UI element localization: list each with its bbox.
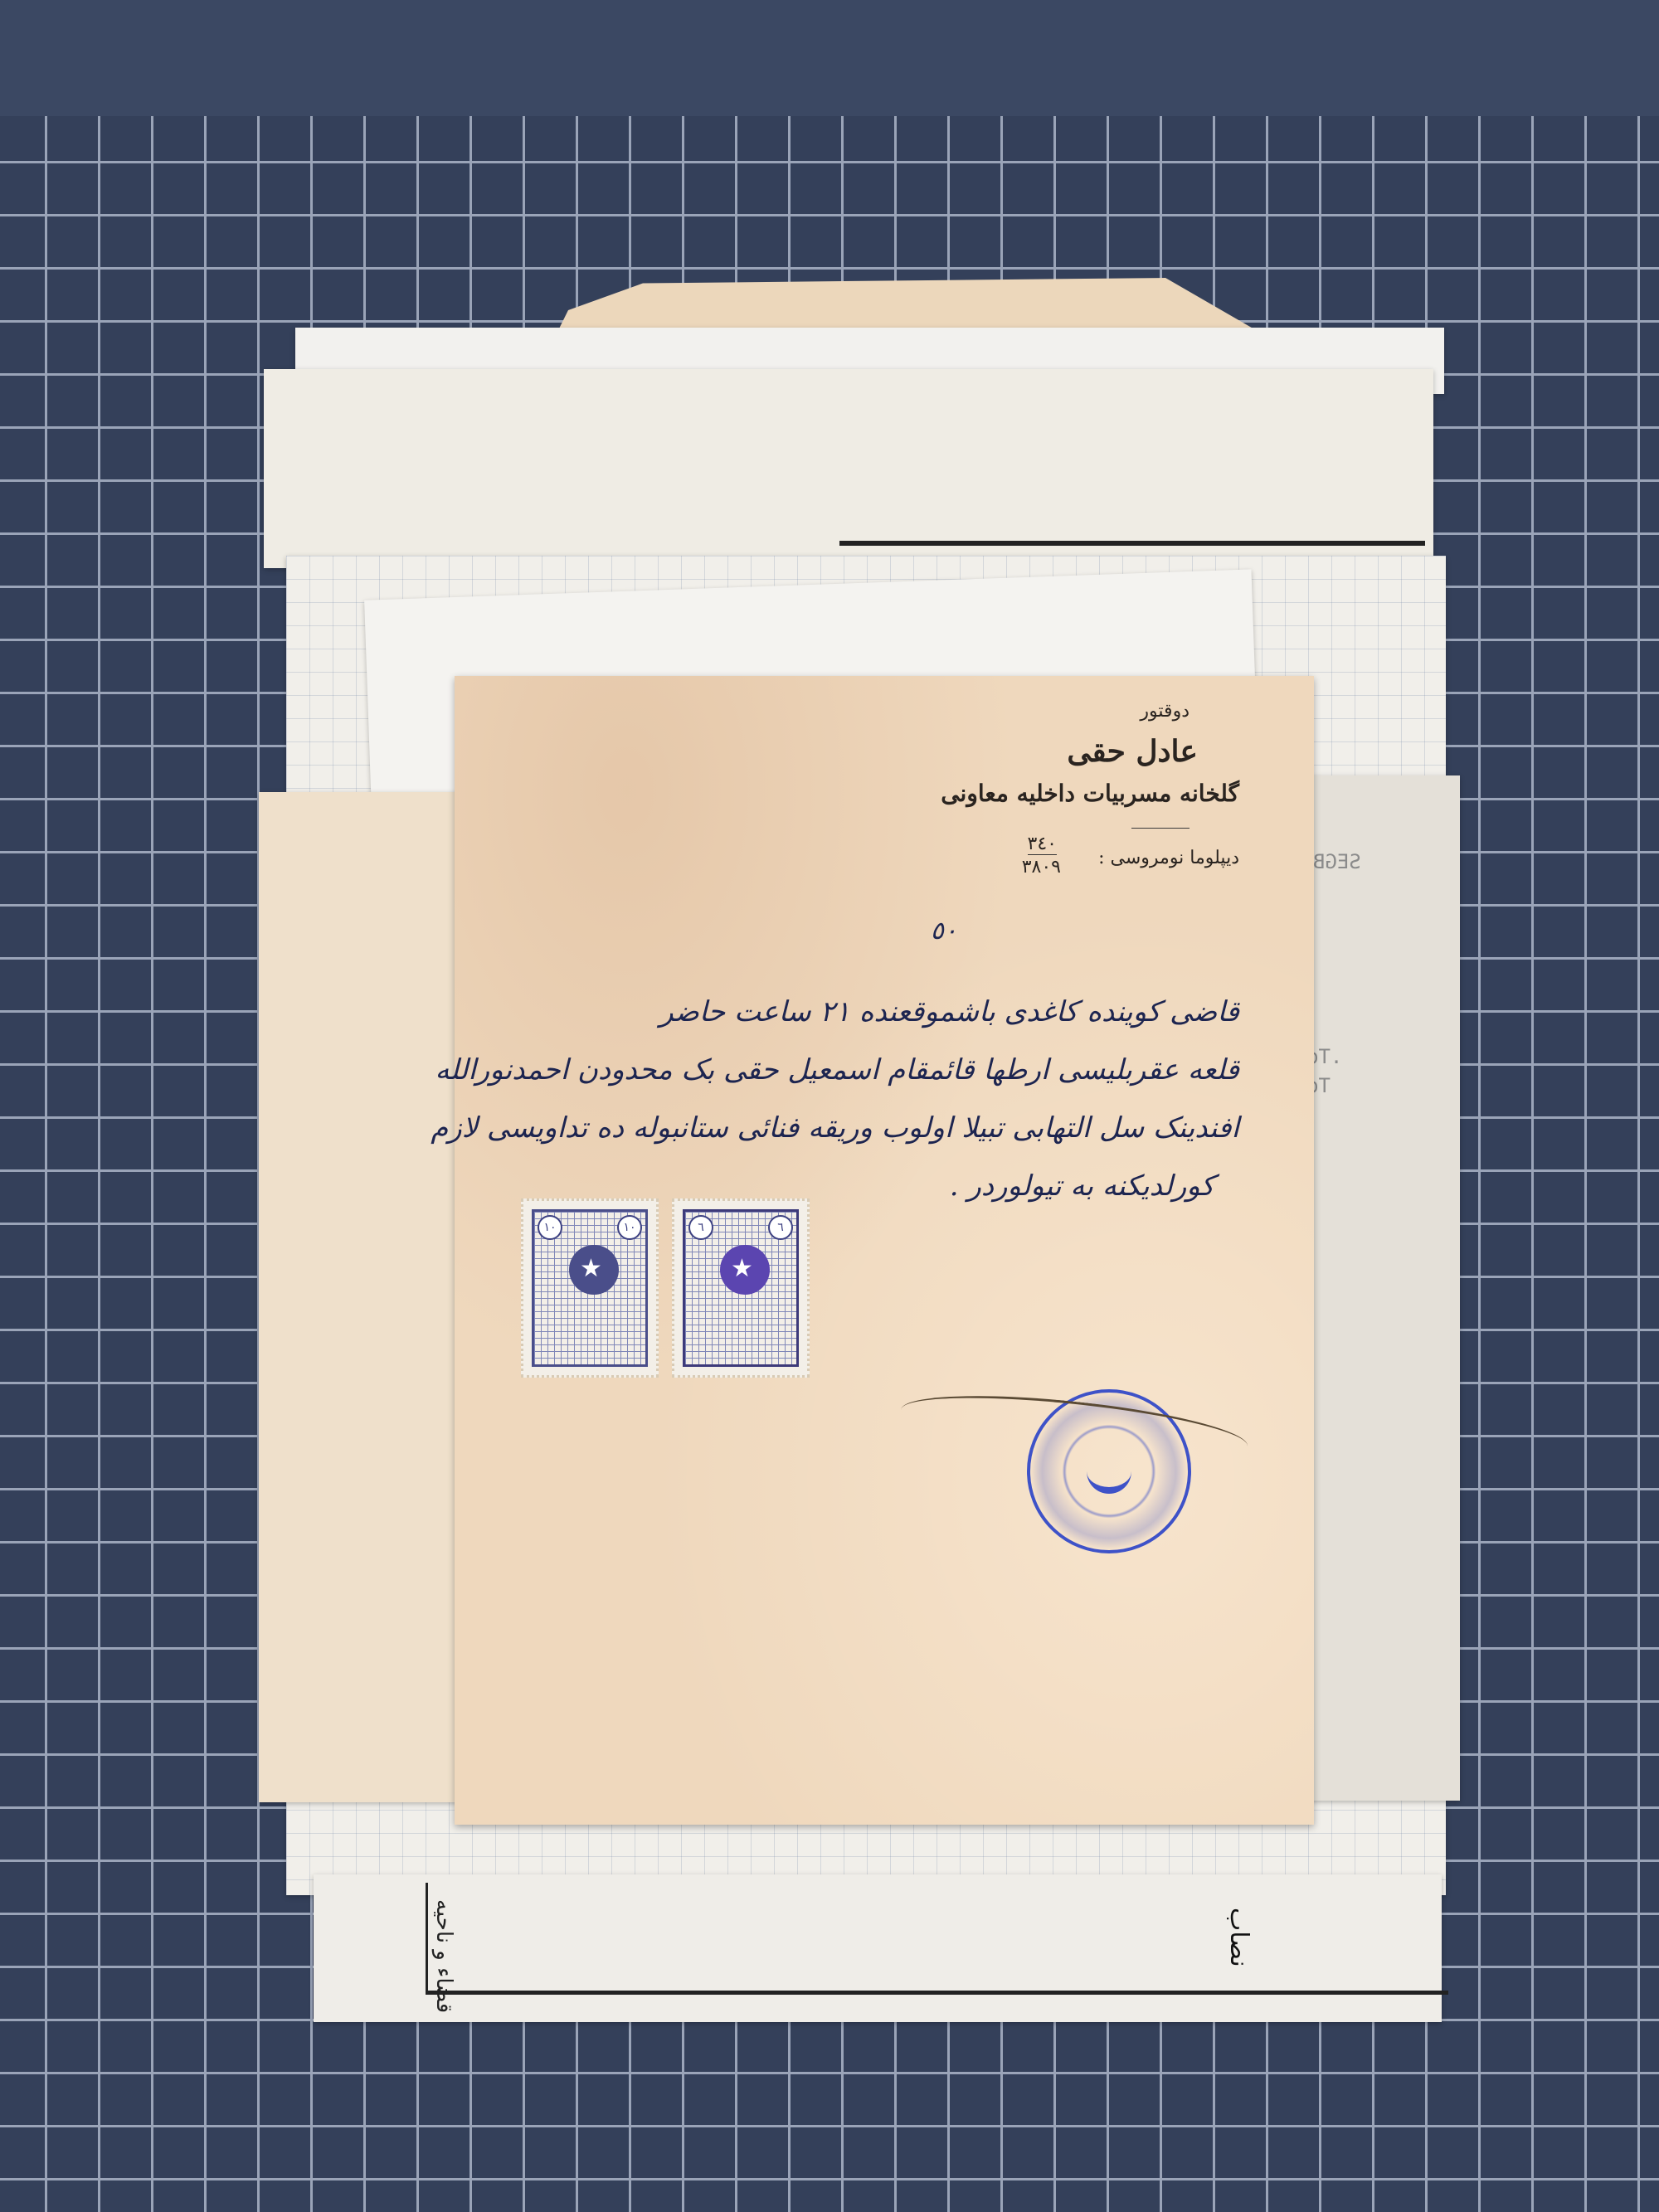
stamp-denomination: ٦ (688, 1215, 713, 1240)
star-icon: ★ (580, 1255, 602, 1283)
left-tan-sheet (259, 792, 483, 1802)
stamp-frame: ٦ ٦ ★ (683, 1209, 799, 1367)
stamp-frame: ١٠ ١٠ ★ (532, 1209, 648, 1367)
diploma-label: ديپلوما نومروسی : (1098, 848, 1239, 868)
doctor-position: گلخانه مسربيات داخليه معاونی (941, 780, 1239, 807)
revenue-stamp-10: ١٠ ١٠ ★ (521, 1198, 659, 1378)
handwritten-line: افندینک سل التهابی تبیلا اولوب وریقه فنا… (431, 1111, 1239, 1145)
ledger-frame (426, 1883, 1448, 1995)
star-icon: ★ (731, 1255, 753, 1283)
revenue-stamp-6: ٦ ٦ ★ (672, 1198, 810, 1378)
handwritten-line: کورلدیکنه به تیولوردر . (950, 1169, 1214, 1203)
diploma-number-top: ٣٤٠ (1028, 834, 1057, 855)
typed-fragment: SEGB (1313, 850, 1361, 873)
ledger-label: قضاء و ناحیه (431, 1899, 456, 2013)
bottom-ledger-sheet: قضاء و ناحیه نصاب (314, 1874, 1442, 2022)
doctor-name: عادل حقی (1067, 734, 1198, 769)
number-mark: ٥٠ (931, 916, 957, 946)
ledger-label: نصاب (1224, 1908, 1253, 1967)
handwritten-line: قلعه عقربلیسی ارطها قائمقام اسمعیل حقی ب… (435, 1053, 1239, 1087)
stamp-denomination: ١٠ (617, 1215, 642, 1240)
mat-top-edge (0, 0, 1659, 116)
stamp-denomination: ٦ (768, 1215, 793, 1240)
doctor-title: دوقتور (1140, 701, 1190, 722)
ornament-divider (1131, 828, 1190, 829)
diploma-number-bottom: ٣٨٠٩ (1022, 857, 1061, 878)
right-grey-sheet: SEGB bT. bT (1298, 775, 1460, 1801)
handwritten-line: قاضی کوینده کاغدی باشموقعنده ۲۱ ساعت حاض… (659, 995, 1239, 1028)
stamp-denomination: ١٠ (538, 1215, 562, 1240)
folded-white-sheet (264, 369, 1433, 568)
ledger-rule (839, 541, 1425, 546)
medical-report-document: دوقتور عادل حقی گلخانه مسربيات داخليه مع… (455, 676, 1314, 1825)
